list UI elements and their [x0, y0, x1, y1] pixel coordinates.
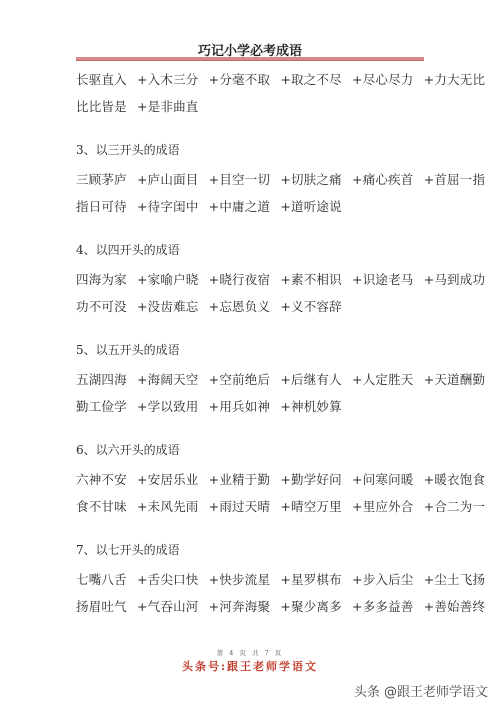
idiom: +晴空万里 — [280, 493, 341, 520]
idiom: +是非曲直 — [137, 93, 198, 120]
idiom: +家喻户晓 — [137, 266, 198, 293]
idiom-line: 比比皆是 +是非曲直 — [76, 93, 436, 120]
idiom: +未风先雨 — [137, 493, 198, 520]
idiom: +空前绝后 — [209, 366, 270, 393]
idiom: +善始善终 — [424, 593, 485, 620]
idiom: +忘恩负义 — [209, 293, 270, 320]
idiom: +勤学好问 — [280, 466, 341, 493]
idiom-line: 四海为家 +家喻户晓 +晓行夜宿 +素不相识 +识途老马 +马到成功 — [76, 266, 436, 293]
idiom: 勤工俭学 — [76, 393, 127, 420]
idiom: +切肤之痛 — [280, 166, 341, 193]
section-7: 7、以七开头的成语 七嘴八舌 +舌尖口快 +快步流星 +星罗棋布 +步入后尘 +… — [76, 539, 436, 620]
idiom-line: 食不甘味 +未风先雨 +雨过天晴 +晴空万里 +里应外合 +合二为一 — [76, 493, 436, 520]
idiom: +待字闺中 — [137, 193, 198, 220]
idiom-line: 长驱直入 +入木三分 +分毫不取 +取之不尽 +尽心尽力 +力大无比 — [76, 66, 436, 93]
idiom: 比比皆是 — [76, 93, 127, 120]
section-3: 3、以三开头的成语 三顾茅庐 +庐山面目 +目空一切 +切肤之痛 +痛心疾首 +… — [76, 139, 436, 220]
idiom: 长驱直入 — [76, 66, 127, 93]
idiom: +分毫不取 — [209, 66, 270, 93]
continued-section: 长驱直入 +入木三分 +分毫不取 +取之不尽 +尽心尽力 +力大无比 比比皆是 … — [76, 66, 436, 120]
idiom: +义不容辞 — [280, 293, 341, 320]
idiom: +海阔天空 — [137, 366, 198, 393]
idiom: +神机妙算 — [280, 393, 341, 420]
idiom: +舌尖口快 — [137, 566, 198, 593]
idiom: +气吞山河 — [137, 593, 198, 620]
idiom: +合二为一 — [424, 493, 485, 520]
section-heading: 3、以三开头的成语 — [76, 139, 436, 161]
section-heading: 6、以六开头的成语 — [76, 439, 436, 461]
idiom: +多多益善 — [352, 593, 413, 620]
idiom: +没齿难忘 — [137, 293, 198, 320]
section-heading: 5、以五开头的成语 — [76, 339, 436, 361]
idiom: 食不甘味 — [76, 493, 127, 520]
idiom: +步入后尘 — [352, 566, 413, 593]
idiom: +里应外合 — [352, 493, 413, 520]
idiom: +首屈一指 — [424, 166, 485, 193]
idiom-line: 指日可待 +待字闺中 +中庸之道 +道听途说 — [76, 193, 436, 220]
idiom: +快步流星 — [209, 566, 270, 593]
idiom: +取之不尽 — [280, 66, 341, 93]
idiom: 功不可没 — [76, 293, 127, 320]
title-divider — [76, 57, 424, 61]
idiom: +素不相识 — [280, 266, 341, 293]
idiom: 三顾茅庐 — [76, 166, 127, 193]
idiom: +马到成功 — [424, 266, 485, 293]
idiom: 四海为家 — [76, 266, 127, 293]
idiom-line: 七嘴八舌 +舌尖口快 +快步流星 +星罗棋布 +步入后尘 +尘土飞扬 — [76, 566, 436, 593]
idiom-line: 扬眉吐气 +气吞山河 +河奔海聚 +聚少离多 +多多益善 +善始善终 — [76, 593, 436, 620]
idiom: +痛心疾首 — [352, 166, 413, 193]
idiom-line: 勤工俭学 +学以致用 +用兵如神 +神机妙算 — [76, 393, 436, 420]
idiom: 七嘴八舌 — [76, 566, 127, 593]
idiom: +目空一切 — [209, 166, 270, 193]
idiom: 六神不安 — [76, 466, 127, 493]
idiom: +尘土飞扬 — [424, 566, 485, 593]
section-heading: 4、以四开头的成语 — [76, 239, 436, 261]
idiom-line: 六神不安 +安居乐业 +业精于勤 +勤学好问 +问寒问暖 +暖衣饱食 — [76, 466, 436, 493]
idiom: +聚少离多 — [280, 593, 341, 620]
idiom: +雨过天晴 — [209, 493, 270, 520]
idiom: +学以致用 — [137, 393, 198, 420]
section-5: 5、以五开头的成语 五湖四海 +海阔天空 +空前绝后 +后继有人 +人定胜天 +… — [76, 339, 436, 420]
idiom: 扬眉吐气 — [76, 593, 127, 620]
idiom: +尽心尽力 — [352, 66, 413, 93]
idiom: +天道酬勤 — [424, 366, 485, 393]
page-number: 第 4 页 共 7 页 — [0, 648, 500, 657]
idiom: +河奔海聚 — [209, 593, 270, 620]
idiom: +晓行夜宿 — [209, 266, 270, 293]
idiom: +用兵如神 — [209, 393, 270, 420]
document-body: 长驱直入 +入木三分 +分毫不取 +取之不尽 +尽心尽力 +力大无比 比比皆是 … — [76, 66, 436, 620]
idiom-line: 五湖四海 +海阔天空 +空前绝后 +后继有人 +人定胜天 +天道酬勤 — [76, 366, 436, 393]
idiom: +暖衣饱食 — [424, 466, 485, 493]
idiom: +后继有人 — [280, 366, 341, 393]
idiom: +庐山面目 — [137, 166, 198, 193]
idiom: +业精于勤 — [209, 466, 270, 493]
section-6: 6、以六开头的成语 六神不安 +安居乐业 +业精于勤 +勤学好问 +问寒问暖 +… — [76, 439, 436, 520]
section-4: 4、以四开头的成语 四海为家 +家喻户晓 +晓行夜宿 +素不相识 +识途老马 +… — [76, 239, 436, 320]
idiom: +道听途说 — [280, 193, 341, 220]
idiom: +人定胜天 — [352, 366, 413, 393]
idiom: 五湖四海 — [76, 366, 127, 393]
idiom: 指日可待 — [76, 193, 127, 220]
idiom: +中庸之道 — [209, 193, 270, 220]
idiom: +安居乐业 — [137, 466, 198, 493]
idiom: +问寒问暖 — [352, 466, 413, 493]
idiom-line: 功不可没 +没齿难忘 +忘恩负义 +义不容辞 — [76, 293, 436, 320]
idiom: +力大无比 — [424, 66, 485, 93]
idiom: +入木三分 — [137, 66, 198, 93]
footer-brand: 头条号:跟王老师学语文 — [0, 658, 500, 674]
section-heading: 7、以七开头的成语 — [76, 539, 436, 561]
watermark: 头条 @跟王老师学语文 — [354, 681, 488, 700]
idiom: +识途老马 — [352, 266, 413, 293]
idiom: +星罗棋布 — [280, 566, 341, 593]
idiom-line: 三顾茅庐 +庐山面目 +目空一切 +切肤之痛 +痛心疾首 +首屈一指 — [76, 166, 436, 193]
